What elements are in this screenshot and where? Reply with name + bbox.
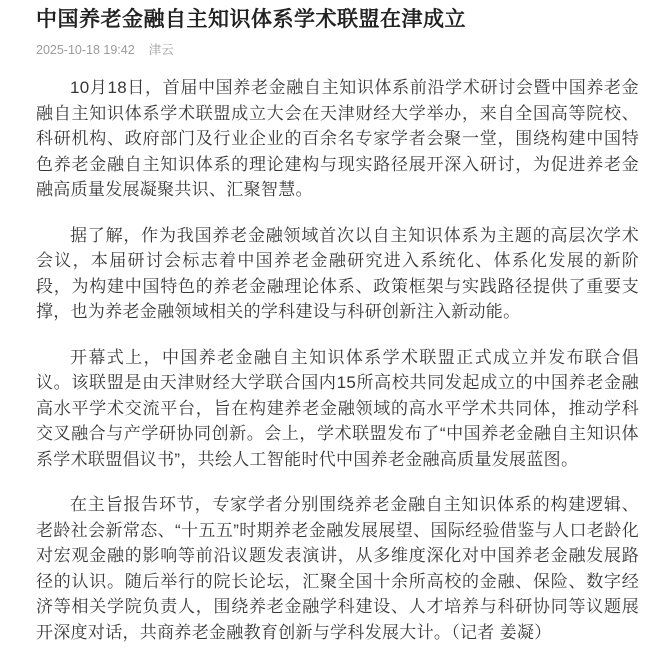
paragraph: 在主旨报告环节，专家学者分别围绕养老金融自主知识体系的构建逻辑、老龄社会新常态、… [36, 492, 639, 645]
paragraph: 据了解，作为我国养老金融领域首次以自主知识体系为主题的高层次学术会议，本届研讨会… [36, 223, 639, 325]
article-meta: 2025-10-18 19:42津云 [36, 43, 639, 58]
article-body: 10月18日，首届中国养老金融自主知识体系前沿学术研讨会暨中国养老金融自主知识体… [36, 75, 639, 645]
publish-date: 2025-10-18 19:42 [36, 43, 135, 57]
paragraph: 10月18日，首届中国养老金融自主知识体系前沿学术研讨会暨中国养老金融自主知识体… [36, 75, 639, 203]
news-article: 中国养老金融自主知识体系学术联盟在津成立 2025-10-18 19:42津云 … [0, 0, 656, 645]
article-title: 中国养老金融自主知识体系学术联盟在津成立 [36, 6, 639, 34]
source-name: 津云 [149, 43, 174, 57]
paragraph: 开幕式上，中国养老金融自主知识体系学术联盟正式成立并发布联合倡议。该联盟是由天津… [36, 345, 639, 473]
